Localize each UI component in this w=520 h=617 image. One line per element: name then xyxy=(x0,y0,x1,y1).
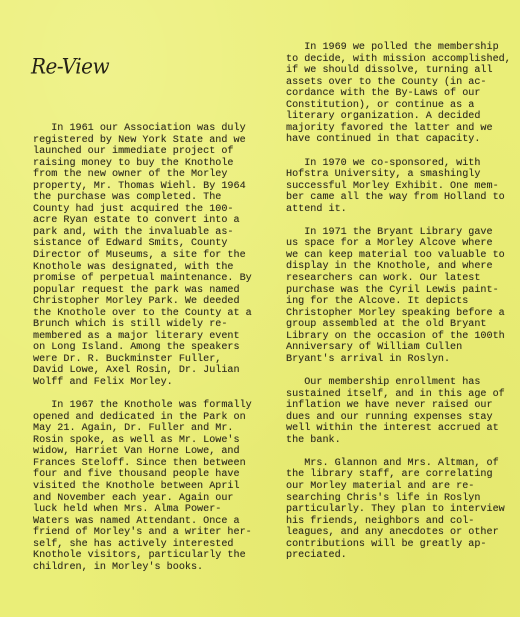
text-line: have continued in that capacity. xyxy=(286,134,511,146)
left-column: In 1961 our Association was dulyregister… xyxy=(33,123,252,585)
text-line: from the new owner of the Morley xyxy=(33,169,252,181)
text-line: assets over to the County (in ac- xyxy=(286,77,511,89)
text-line: property, Mr. Thomas Wiehl. By 1964 xyxy=(33,181,252,193)
text-line: on Long Island. Among the speakers xyxy=(33,342,252,354)
text-line: preciated. xyxy=(286,550,511,562)
text-line: visited the Knothole between April xyxy=(33,481,252,493)
page-title: Re-View xyxy=(31,53,109,78)
text-line: were Dr. R. Buckminster Fuller, xyxy=(33,354,252,366)
text-line: opened and dedicated in the Park on xyxy=(33,412,252,424)
text-line: Director of Museums, a site for the xyxy=(33,250,252,262)
paragraph: In 1971 the Bryant Library gaveus space … xyxy=(286,227,511,366)
text-line: Knothole visitors, particularly the xyxy=(33,550,252,562)
paragraph: In 1969 we polled the membershipto decid… xyxy=(286,42,511,146)
text-line: Our membership enrollment has xyxy=(286,377,511,389)
text-line: us space for a Morley Alcove where xyxy=(286,238,511,250)
text-line: Wolff and Felix Morley. xyxy=(33,377,252,389)
text-line: widow, Harriet Van Horne Lowe, and xyxy=(33,446,252,458)
text-line: Knothole was designated, with the xyxy=(33,262,252,274)
paragraph: Our membership enrollment hassustained i… xyxy=(286,377,511,446)
text-line: self, she has actively interested xyxy=(33,539,252,551)
paragraph: In 1961 our Association was dulyregister… xyxy=(33,123,252,389)
text-line: dues and our running expenses stay xyxy=(286,412,511,424)
text-line: group assembled at the old Bryant xyxy=(286,319,511,331)
text-line: leagues, and any anecdotes or other xyxy=(286,527,511,539)
text-line: In 1969 we polled the membership xyxy=(286,42,511,54)
text-line: Library on the occasion of the 100th xyxy=(286,331,511,343)
text-line: to decide, with mission accomplished, xyxy=(286,54,511,66)
text-line: Constitution), or continue as a xyxy=(286,100,511,112)
paragraph: In 1967 the Knothole was formallyopened … xyxy=(33,400,252,573)
text-line: children, in Morley's books. xyxy=(33,562,252,574)
text-line: Waters was named Attendant. Once a xyxy=(33,516,252,528)
text-line: acre Ryan estate to convert into a xyxy=(33,215,252,227)
text-line: Rosin spoke, as well as Mr. Lowe's xyxy=(33,435,252,447)
text-line: we can keep material too valuable to xyxy=(286,250,511,262)
text-line: sustained itself, and in this age of xyxy=(286,389,511,401)
text-line: contributions will be greatly ap- xyxy=(286,539,511,551)
text-line: searching Chris's life in Roslyn xyxy=(286,493,511,505)
text-line: majority favored the latter and we xyxy=(286,123,511,135)
text-line: Bryant's arrival in Roslyn. xyxy=(286,354,511,366)
text-line: successful Morley Exhibit. One mem- xyxy=(286,181,511,193)
document-page: Re-View In 1961 our Association was duly… xyxy=(0,0,520,617)
text-line: In 1970 we co-sponsored, with xyxy=(286,158,511,170)
text-line: May 21. Again, Dr. Fuller and Mr. xyxy=(33,423,252,435)
text-line: the purchase was completed. The xyxy=(33,192,252,204)
text-line: David Lowe, Axel Rosin, Dr. Julian xyxy=(33,365,252,377)
text-line: promise of perpetual maintenance. By xyxy=(33,273,252,285)
text-line: ber came all the way from Holland to xyxy=(286,192,511,204)
text-line: launched our immediate project of xyxy=(33,146,252,158)
text-line: our Morley material and are re- xyxy=(286,481,511,493)
text-line: registered by New York State and we xyxy=(33,135,252,147)
text-line: purchase was the Cyril Lewis paint- xyxy=(286,285,511,297)
text-line: In 1971 the Bryant Library gave xyxy=(286,227,511,239)
text-line: friend of Morley's and a writer her- xyxy=(33,527,252,539)
text-line: four and five thousand people have xyxy=(33,469,252,481)
text-line: the library staff, are correlating xyxy=(286,469,511,481)
paragraph: Mrs. Glannon and Mrs. Altman, ofthe libr… xyxy=(286,458,511,562)
text-line: and November each year. Again our xyxy=(33,493,252,505)
text-line: cordance with the By-Laws of our xyxy=(286,88,511,100)
text-line: particularly. They plan to interview xyxy=(286,504,511,516)
text-line: his friends, neighbors and col- xyxy=(286,516,511,528)
right-column: In 1969 we polled the membershipto decid… xyxy=(286,42,511,573)
text-line: display in the Knothole, and where xyxy=(286,261,511,273)
text-line: raising money to buy the Knothole xyxy=(33,158,252,170)
text-line: luck held when Mrs. Alma Power- xyxy=(33,504,252,516)
text-line: Hofstra University, a smashingly xyxy=(286,169,511,181)
text-line: In 1967 the Knothole was formally xyxy=(33,400,252,412)
text-line: Christopher Morley Park. We deeded xyxy=(33,296,252,308)
text-line: membered as a major literary event xyxy=(33,331,252,343)
text-line: Anniversary of William Cullen xyxy=(286,342,511,354)
text-line: Frances Steloff. Since then between xyxy=(33,458,252,470)
text-line: park and, with the invaluable as- xyxy=(33,227,252,239)
text-line: ing for the Alcove. It depicts xyxy=(286,296,511,308)
text-line: attend it. xyxy=(286,204,511,216)
text-line: County had just acquired the 100- xyxy=(33,204,252,216)
text-line: Mrs. Glannon and Mrs. Altman, of xyxy=(286,458,511,470)
text-line: the bank. xyxy=(286,435,511,447)
text-line: sistance of Edward Smits, County xyxy=(33,238,252,250)
text-line: Christopher Morley speaking before a xyxy=(286,308,511,320)
text-line: researchers can work. Our latest xyxy=(286,273,511,285)
text-line: Brunch which is still widely re- xyxy=(33,319,252,331)
text-line: inflation we have never raised our xyxy=(286,400,511,412)
text-line: literary organization. A decided xyxy=(286,111,511,123)
paragraph: In 1970 we co-sponsored, withHofstra Uni… xyxy=(286,158,511,216)
text-line: the Knothole over to the County at a xyxy=(33,308,252,320)
text-line: well within the interest accrued at xyxy=(286,423,511,435)
text-line: popular request the park was named xyxy=(33,285,252,297)
text-line: if we should dissolve, turning all xyxy=(286,65,511,77)
text-line: In 1961 our Association was duly xyxy=(33,123,252,135)
